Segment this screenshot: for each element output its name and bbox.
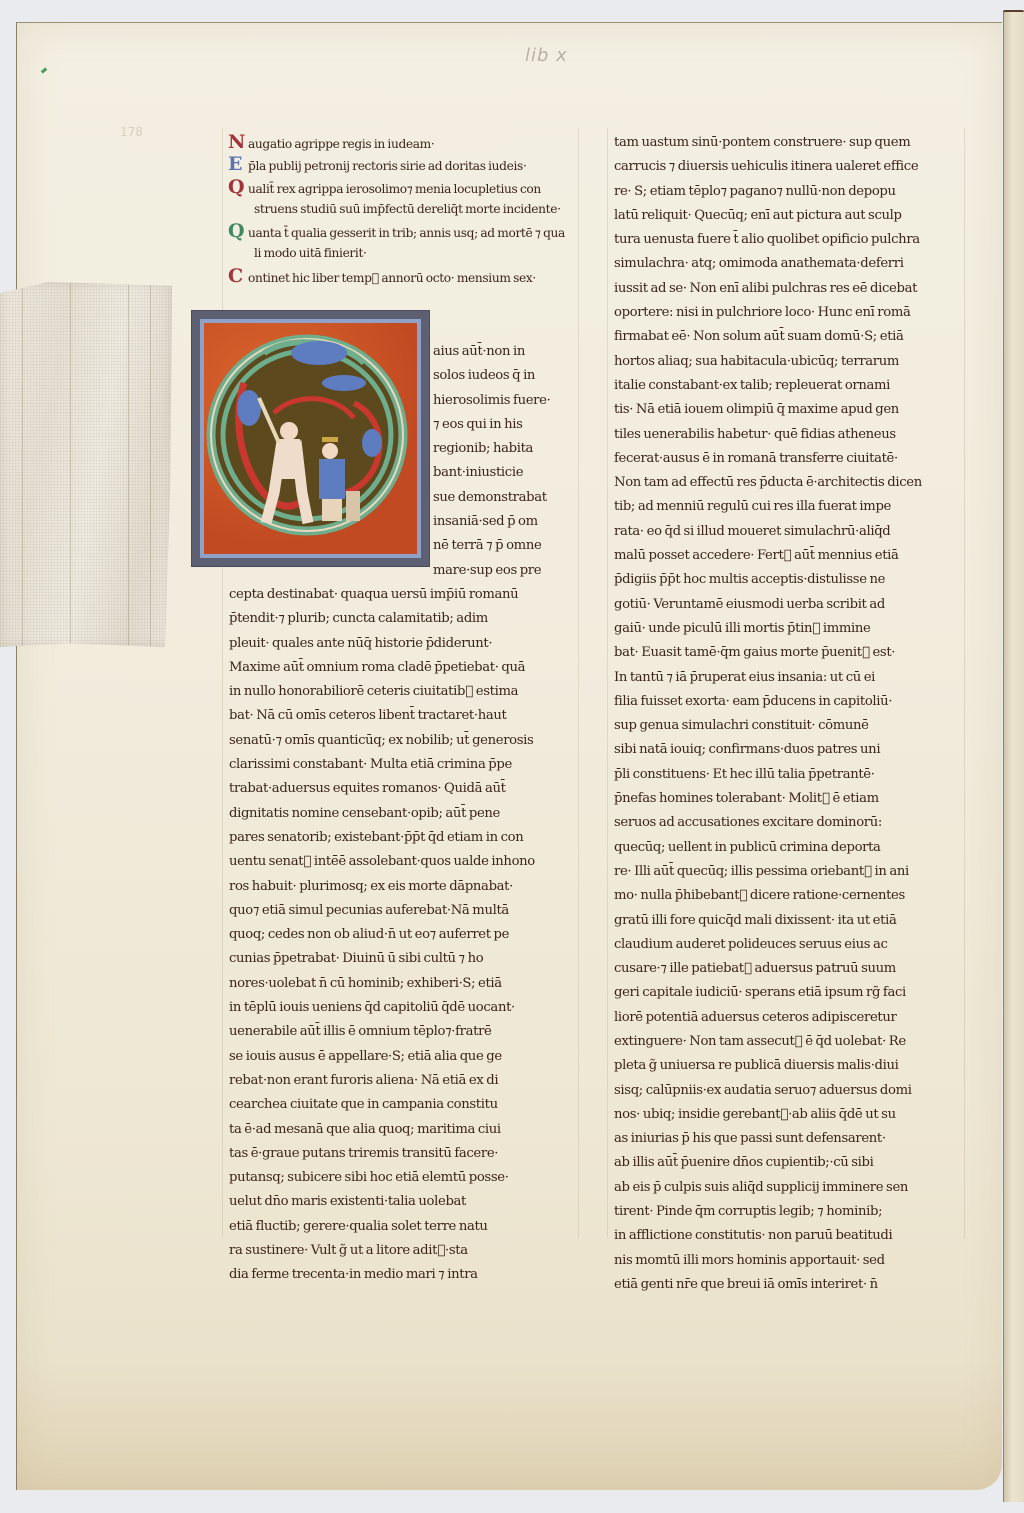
pencil-note: lib x xyxy=(525,45,568,66)
text-line: firmabat eē· Non solum aūt̄ suam domū·S;… xyxy=(614,325,922,349)
text-line: quo⁊ etiā simul pecunias auferebat·Nā mu… xyxy=(229,899,535,923)
text-line: putansq; subicere sibi hoc etiā elemtū p… xyxy=(229,1166,535,1190)
text-line: cunias p̄petrabat· Diuinū ū sibi cultū ⁊… xyxy=(229,947,535,971)
text-line: rebat·non erant furoris aliena· Nā etiā … xyxy=(229,1069,535,1093)
text-line: senatū·⁊ omīs quanticūq; ex nobilib; ut̄… xyxy=(229,729,535,753)
text-line: gratū illi fore quicq̄d mali dixissent· … xyxy=(614,909,922,933)
text-line: In tantū ⁊ iā p̄ruperat eius insania: ut… xyxy=(614,666,922,690)
text-line: fecerat·ausus ē in romanā transferre ciu… xyxy=(614,447,922,471)
text-line: malū posset accedere· Fert᷒ aūt̄ mennius… xyxy=(614,544,922,568)
text-line: as iniurias p̄ his que passi sunt defens… xyxy=(614,1127,922,1151)
text-line: cearchea ciuitate que in campania consti… xyxy=(229,1093,535,1117)
text-line: cepta destinabat· quaqua uersū imp̄iū ro… xyxy=(229,583,535,607)
text-line: re· S; etiam tēplo⁊ pagano⁊ nullū·non de… xyxy=(614,180,922,204)
text-line: rata· eo q̄d si illud moueret simulachrū… xyxy=(614,520,922,544)
text-line: re· Illi aūt̄ quecūq; illis pessima orie… xyxy=(614,860,922,884)
text-line: dia ferme trecenta·in medio mari ⁊ intra xyxy=(229,1263,535,1287)
text-line: clarissimi constabant· Multa etiā crimin… xyxy=(229,753,535,777)
text-line: carrucis ⁊ diuersis uehiculis itinera ua… xyxy=(614,155,922,179)
text-line: bat· Nā cū omīs ceteros libent̄ tractare… xyxy=(229,704,535,728)
text-line: pleta g̃ uniuersa re publicā diuersis ma… xyxy=(614,1054,922,1078)
text-line: uelut dn̄o maris existenti·talia uolebat xyxy=(229,1190,535,1214)
text-column-left: cepta destinabat· quaqua uersū imp̄iū ro… xyxy=(229,583,535,1288)
rubric-initial: Q xyxy=(228,176,248,198)
text-line: regionib; habita xyxy=(433,437,550,461)
text-line: in afflictione constitutis· non paruū be… xyxy=(614,1224,922,1248)
text-line: solos iudeos q̄ in xyxy=(433,364,550,388)
text-line: nores·uolebat n̄ cū hominib; exhiberi·S;… xyxy=(229,972,535,996)
text-line: tirent· Pinde q̄m corruptis legib; ⁊ hom… xyxy=(614,1200,922,1224)
rubric-text: struens studiū suū imp̄fectū dereliq̄t m… xyxy=(254,202,561,216)
ruling-left-margin xyxy=(222,128,223,1238)
rubric-initial: N xyxy=(228,131,248,153)
text-line: dignitatis nomine censebant·opib; aūt̄ p… xyxy=(229,802,535,826)
text-line: aius aūt̄·non in xyxy=(433,340,550,364)
text-line: ab eis p̄ culpis suis aliq̄d supplicij i… xyxy=(614,1176,922,1200)
text-line: Non tam ad effectū res p̄ducta ē·archite… xyxy=(614,471,922,495)
rubric-initial: C xyxy=(228,265,248,287)
text-line: sisq; calūpniis·ex audatia seruo⁊ aduers… xyxy=(614,1079,922,1103)
text-line: ⁊ eos qui in his xyxy=(433,413,550,437)
text-line: gotiū· Veruntamē eiusmodi uerba scribit … xyxy=(614,593,922,617)
ruling-right-col-start xyxy=(607,128,608,1238)
ruling-right-margin xyxy=(964,128,965,1238)
text-line: sibi natā iouiq; confirmans·duos patres … xyxy=(614,738,922,762)
text-line: filia fuisset exorta· eam p̄ducens in ca… xyxy=(614,690,922,714)
text-line: hortos aliaq; sua habitacula·ubicūq; ter… xyxy=(614,350,922,374)
next-leaf-edge xyxy=(1003,12,1024,1502)
initial-field xyxy=(204,323,417,554)
text-line: nē terrā ⁊ p̄ omne xyxy=(433,534,550,558)
text-line: ra sustinere· Vult g̃ ut a litore adit᷒·… xyxy=(229,1239,535,1263)
rubric-line: Qualit̄ rex agrippa ierosolimo⁊ menia lo… xyxy=(228,176,565,198)
text-line: p̄tendit·⁊ plurib; cuncta calamitatib; a… xyxy=(229,607,535,631)
rubric-line: li modo uitā finierit· xyxy=(228,242,565,264)
rubric-initial: E xyxy=(228,153,248,175)
initial-border xyxy=(200,319,421,558)
rubric-text: augatio agrippe regis in iudeam· xyxy=(248,137,434,151)
text-line: sue demonstrabat xyxy=(433,486,550,510)
text-line: latū reliquit· Quecūq; enī aut pictura a… xyxy=(614,204,922,228)
text-line: in nullo honorabiliorē ceteris ciuitatib… xyxy=(229,680,535,704)
text-line: insaniā·sed p̄ om xyxy=(433,510,550,534)
text-line: cusare·⁊ ille patiebat᷒ aduersus patruū … xyxy=(614,957,922,981)
rubric-line: struens studiū suū imp̄fectū dereliq̄t m… xyxy=(228,198,565,220)
text-line: simulachra· atq; omimoda anathemata·defe… xyxy=(614,252,922,276)
text-line: gaiū· unde piculū illi mortis p̄tin᷒ imm… xyxy=(614,617,922,641)
text-line: extinguere· Non tam assecut᷒ ē q̄d uoleb… xyxy=(614,1030,922,1054)
text-line: claudium auderet polideuces seruus eius … xyxy=(614,933,922,957)
text-line: liorē potentiā aduersus ceteros adipisce… xyxy=(614,1006,922,1030)
rubric-text: ualit̄ rex agrippa ierosolimo⁊ menia loc… xyxy=(248,182,541,196)
rubric-text: li modo uitā finierit· xyxy=(254,246,367,260)
text-line: Maxime aūt̄ omnium roma cladē p̄petiebat… xyxy=(229,656,535,680)
text-line: p̄digiis p̄p̄t hoc multis acceptis·distu… xyxy=(614,568,922,592)
text-line: ta ē·ad mesanā que alia quoq; maritima c… xyxy=(229,1118,535,1142)
text-line: uentu senat᷒ intē̄ē assolebant·quos uald… xyxy=(229,850,535,874)
text-line: p̄li constituens· Et hec illū talia p̄pe… xyxy=(614,763,922,787)
text-line: se iouis ausus ē appellare·S; etiā alia … xyxy=(229,1045,535,1069)
text-line: mare·sup eos pre xyxy=(433,559,550,583)
fabric-guard xyxy=(0,282,172,647)
text-line: quoq; cedes non ob aliud·n̄ ut eo⁊ aufer… xyxy=(229,923,535,947)
folio-number: 178 xyxy=(120,125,143,139)
historiated-initial-g-icon xyxy=(204,323,409,546)
text-column-left-beside-initial: aius aūt̄·non in solos iudeos q̄ in hier… xyxy=(433,340,550,583)
rubric-line: Continet hic liber temp᷒ annorū octo· me… xyxy=(228,265,565,287)
text-line: tura uenusta fuere t̄ alio quolibet opif… xyxy=(614,228,922,252)
text-line: oportere: nisi in pulchriore loco· Hunc … xyxy=(614,301,922,325)
text-line: nis momtū illi mors hominis apportauit· … xyxy=(614,1249,922,1273)
text-line: mo· nulla p̄hibebant᷒ dicere ratione·cer… xyxy=(614,884,922,908)
text-line: sup genua simulachri constituit· cōmunē xyxy=(614,714,922,738)
text-line: pleuit· quales ante nūq̄ historie p̄dide… xyxy=(229,632,535,656)
text-line: iussit ad se· Non enī alibi pulchras res… xyxy=(614,277,922,301)
text-line: tas ē·graue putans triremis transitū fac… xyxy=(229,1142,535,1166)
text-line: pares senatorib; existebant·p̄p̄t q̄d et… xyxy=(229,826,535,850)
ruling-left-col-end xyxy=(578,128,579,1238)
rubric-initial: Q xyxy=(228,220,248,242)
rubric-line: Quanta t̄ qualia gesserit in trib; annis… xyxy=(228,220,565,242)
text-line: ab illis aūt̄ p̄uenire dn̄os cupientib;·… xyxy=(614,1151,922,1175)
text-line: quecūq; uellent in publicū crimina depor… xyxy=(614,836,922,860)
text-line: in tēplū iouis ueniens q̄d capitoliū q̄d… xyxy=(229,996,535,1020)
text-line: bat· Euasit tamē·q̄m gaius morte p̄uenit… xyxy=(614,641,922,665)
text-line: hierosolimis fuere· xyxy=(433,389,550,413)
rubric-line: Ep̄la publij petronij rectoris sirie ad … xyxy=(228,153,565,175)
text-column-right: tam uastum sinū·pontem construere· sup q… xyxy=(614,131,922,1297)
text-line: geri capitale iudiciū· sperans etiā ipsu… xyxy=(614,981,922,1005)
rubric-text: ontinet hic liber temp᷒ annorū octo· men… xyxy=(248,271,536,285)
green-mark xyxy=(41,67,48,73)
text-line: tib; ad menniū regulū cui res illa fuera… xyxy=(614,495,922,519)
text-line: nos· ubiq; insidie gerebant᷒·ab aliis q̄… xyxy=(614,1103,922,1127)
rubric-text: p̄la publij petronij rectoris sirie ad d… xyxy=(248,159,526,173)
text-line: trabat·aduersus equites romanos· Quidā a… xyxy=(229,777,535,801)
text-line: bant·iniusticie xyxy=(433,461,550,485)
text-line: ros habuit· plurimosq; ex eis morte dāpn… xyxy=(229,875,535,899)
text-line: tis· Nā etiā iouem olimpiū q̄ maxime apu… xyxy=(614,398,922,422)
text-line: seruos ad accusationes excitare dominorū… xyxy=(614,811,922,835)
text-line: tam uastum sinū·pontem construere· sup q… xyxy=(614,131,922,155)
text-line: etiā genti nr̄e que breui iā omīs interi… xyxy=(614,1273,922,1297)
rubric-text: uanta t̄ qualia gesserit in trib; annis … xyxy=(248,226,565,240)
text-line: italie constabant·ex talib; repleuerat o… xyxy=(614,374,922,398)
text-line: tiles uenerabilis habetur· quē fidias at… xyxy=(614,423,922,447)
rubric-line: Naugatio agrippe regis in iudeam· xyxy=(228,131,565,153)
text-line: etiā fluctib; gerere·qualia solet terre … xyxy=(229,1215,535,1239)
text-line: uenerabile aūt̄ illis ē omnium tēplo⁊·fr… xyxy=(229,1020,535,1044)
chapter-rubric-list: Naugatio agrippe regis in iudeam· Ep̄la … xyxy=(228,131,565,287)
illuminated-initial xyxy=(192,311,429,566)
text-line: p̄nefas homines tolerabant· Molit᷒ ē eti… xyxy=(614,787,922,811)
